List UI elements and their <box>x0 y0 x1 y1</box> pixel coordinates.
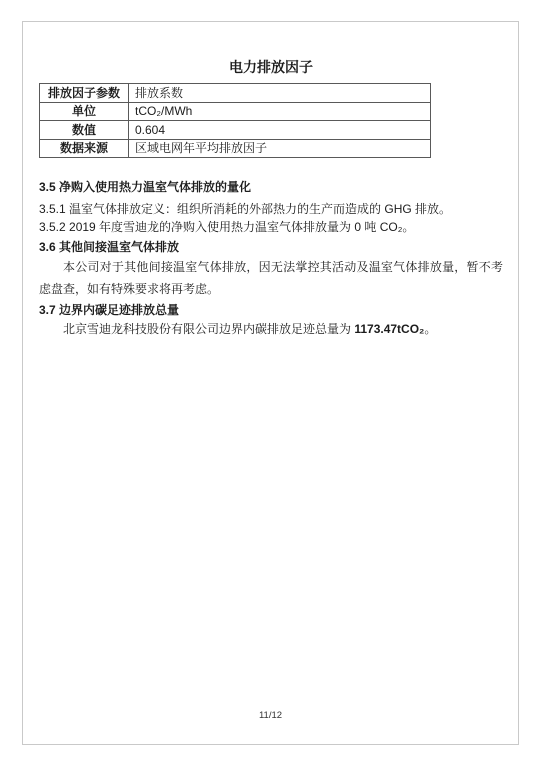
row-label-value: 数值 <box>40 121 129 140</box>
row-value-value: 0.604 <box>129 121 431 140</box>
page-number: 11/12 <box>23 710 518 722</box>
paragraph-3-5-1: 3.5.1 温室气体排放定义：组织所消耗的外部热力的生产而造成的 GHG 排放。 <box>39 200 503 218</box>
total-emission-value: 1173.47tCO₂ <box>354 322 424 336</box>
row-value-parameter: 排放系数 <box>129 84 431 103</box>
paragraph-3-5-2: 3.5.2 2019 年度雪迪龙的净购入使用热力温室气体排放量为 0 吨 CO₂… <box>39 218 503 236</box>
table-row: 单位 tCO₂/MWh <box>40 102 431 121</box>
section-heading-3-7: 3.7 边界内碳足迹排放总量 <box>39 302 503 319</box>
row-label-parameter: 排放因子参数 <box>40 84 129 103</box>
table-row: 数据来源 区域电网年平均排放因子 <box>40 139 431 158</box>
section-heading-3-6: 3.6 其他间接温室气体排放 <box>39 239 503 256</box>
document-title: 电力排放因子 <box>39 59 503 75</box>
row-label-unit: 单位 <box>40 102 129 121</box>
paragraph-3-6: 本公司对于其他间接温室气体排放，因无法掌控其活动及温室气体排放量，暂不考虑盘查，… <box>39 256 503 300</box>
row-value-source: 区域电网年平均排放因子 <box>129 139 431 158</box>
section-heading-3-5: 3.5 净购入使用热力温室气体排放的量化 <box>39 179 503 196</box>
paragraph-3-7-period: 。 <box>424 322 436 336</box>
paragraph-3-7-text: 北京雪迪龙科技股份有限公司边界内碳排放足迹总量为 <box>63 322 354 336</box>
page-content: 电力排放因子 排放因子参数 排放系数 单位 tCO₂/MWh 数值 0.604 … <box>23 22 518 339</box>
table-row: 数值 0.604 <box>40 121 431 140</box>
row-label-source: 数据来源 <box>40 139 129 158</box>
document-page: 电力排放因子 排放因子参数 排放系数 单位 tCO₂/MWh 数值 0.604 … <box>22 21 519 745</box>
paragraph-3-7: 北京雪迪龙科技股份有限公司边界内碳排放足迹总量为 1173.47tCO₂。 <box>39 319 503 339</box>
table-row: 排放因子参数 排放系数 <box>40 84 431 103</box>
row-value-unit: tCO₂/MWh <box>129 102 431 121</box>
emission-factor-table: 排放因子参数 排放系数 单位 tCO₂/MWh 数值 0.604 数据来源 区域… <box>39 83 431 158</box>
